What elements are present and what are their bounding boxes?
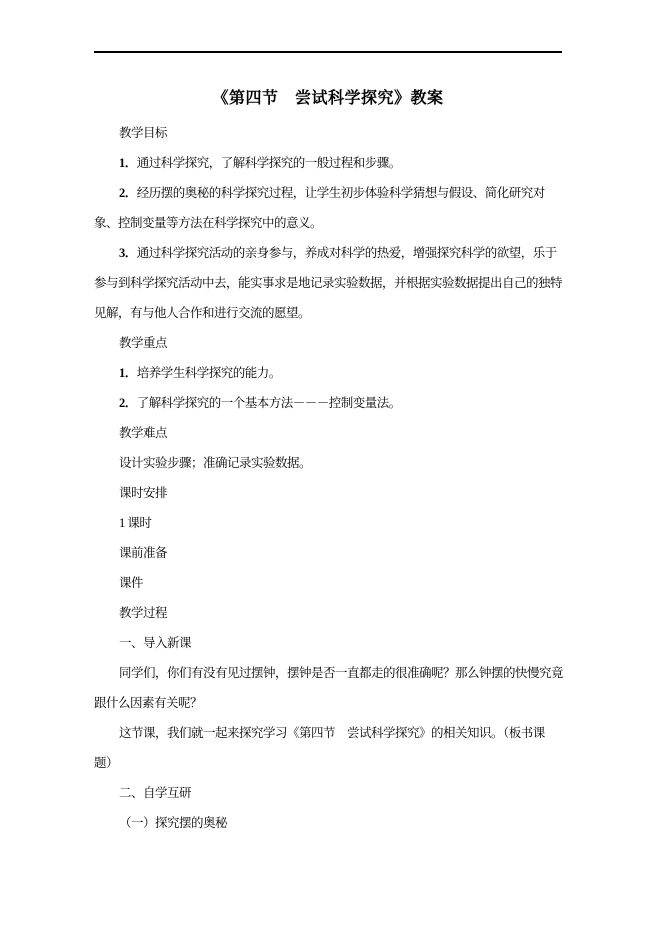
text-segment: 象、控制变量等方法在科学探究中的意义。 [94,216,322,230]
text-line: 1．培养学生科学探究的能力。 [94,358,562,388]
text-line: 教学难点 [94,418,562,448]
text-line: 教学重点 [94,328,562,358]
text-line: （一）探究摆的奥秘 [94,808,562,838]
text-segment: 1 课时 [119,516,151,530]
text-segment: 同学们，你们有没有见过摆钟，摆钟是否一直都走的很准确呢？那么钟摆的快慢究竟 [119,666,563,680]
text-segment: 一、导入新课 [119,636,191,650]
text-segment: 教学重点 [119,336,167,350]
text-line: 同学们，你们有没有见过摆钟，摆钟是否一直都走的很准确呢？那么钟摆的快慢究竟 [94,658,562,688]
text-segment: 题） [94,756,118,770]
text-line: 2．了解科学探究的一个基本方法－－－控制变量法。 [94,388,562,418]
text-segment: 设计实验步骤；准确记录实验数据。 [119,456,311,470]
text-segment: 了解科学探究的一个基本方法－－－控制变量法。 [137,396,401,410]
text-segment: 通过科学探究，了解科学探究的一般过程和步骤。 [137,156,401,170]
text-segment: 教学过程 [119,606,167,620]
text-segment: 教学目标 [119,126,167,140]
text-segment: 课前准备 [119,546,167,560]
text-segment: 见解，有与他人合作和进行交流的愿望。 [94,306,310,320]
text-line: 课前准备 [94,538,562,568]
text-segment: 二、自学互研 [119,786,191,800]
list-number: 2． [119,396,137,410]
text-line: 跟什么因素有关呢？ [94,688,562,718]
document-page: 《第四节 尝试科学探究》教案 教学目标1．通过科学探究，了解科学探究的一般过程和… [0,0,658,932]
text-segment: 经历摆的奥秘的科学探究过程，让学生初步体验科学猜想与假设、简化研究对 [137,186,545,200]
text-line: 1 课时 [94,508,562,538]
text-line: 教学过程 [94,598,562,628]
text-line: 2．经历摆的奥秘的科学探究过程，让学生初步体验科学猜想与假设、简化研究对 [94,178,562,208]
list-number: 2． [119,186,137,200]
text-line: 教学目标 [94,118,562,148]
text-line: 见解，有与他人合作和进行交流的愿望。 [94,298,562,328]
text-segment: 培养学生科学探究的能力。 [137,366,281,380]
text-segment: （一）探究摆的奥秘 [119,816,227,830]
text-line: 二、自学互研 [94,778,562,808]
text-line: 象、控制变量等方法在科学探究中的意义。 [94,208,562,238]
text-segment: 课件 [119,576,143,590]
text-line: 课件 [94,568,562,598]
text-segment: 跟什么因素有关呢？ [94,696,202,710]
text-line: 参与到科学探究活动中去，能实事求是地记录实验数据，并根据实验数据提出自己的独特 [94,268,562,298]
text-line: 1．通过科学探究，了解科学探究的一般过程和步骤。 [94,148,562,178]
header-rule [94,51,562,53]
text-line: 题） [94,748,562,778]
document-content: 《第四节 尝试科学探究》教案 教学目标1．通过科学探究，了解科学探究的一般过程和… [94,88,562,838]
list-number: 3． [119,246,137,260]
text-segment: 通过科学探究活动的亲身参与，养成对科学的热爱，增强探究科学的欲望，乐于 [137,246,557,260]
text-line: 一、导入新课 [94,628,562,658]
text-line: 这节课，我们就一起来探究学习《第四节 尝试科学探究》的相关知识。（板书课 [94,718,562,748]
list-number: 1． [119,366,137,380]
text-segment: 参与到科学探究活动中去，能实事求是地记录实验数据，并根据实验数据提出自己的独特 [94,276,562,290]
document-body: 教学目标1．通过科学探究，了解科学探究的一般过程和步骤。2．经历摆的奥秘的科学探… [94,118,562,838]
list-number: 1． [119,156,137,170]
text-line: 3．通过科学探究活动的亲身参与，养成对科学的热爱，增强探究科学的欲望，乐于 [94,238,562,268]
document-title: 《第四节 尝试科学探究》教案 [94,88,562,110]
text-segment: 这节课，我们就一起来探究学习《第四节 尝试科学探究》的相关知识。（板书课 [119,726,545,740]
text-line: 课时安排 [94,478,562,508]
text-segment: 教学难点 [119,426,167,440]
text-line: 设计实验步骤；准确记录实验数据。 [94,448,562,478]
text-segment: 课时安排 [119,486,167,500]
